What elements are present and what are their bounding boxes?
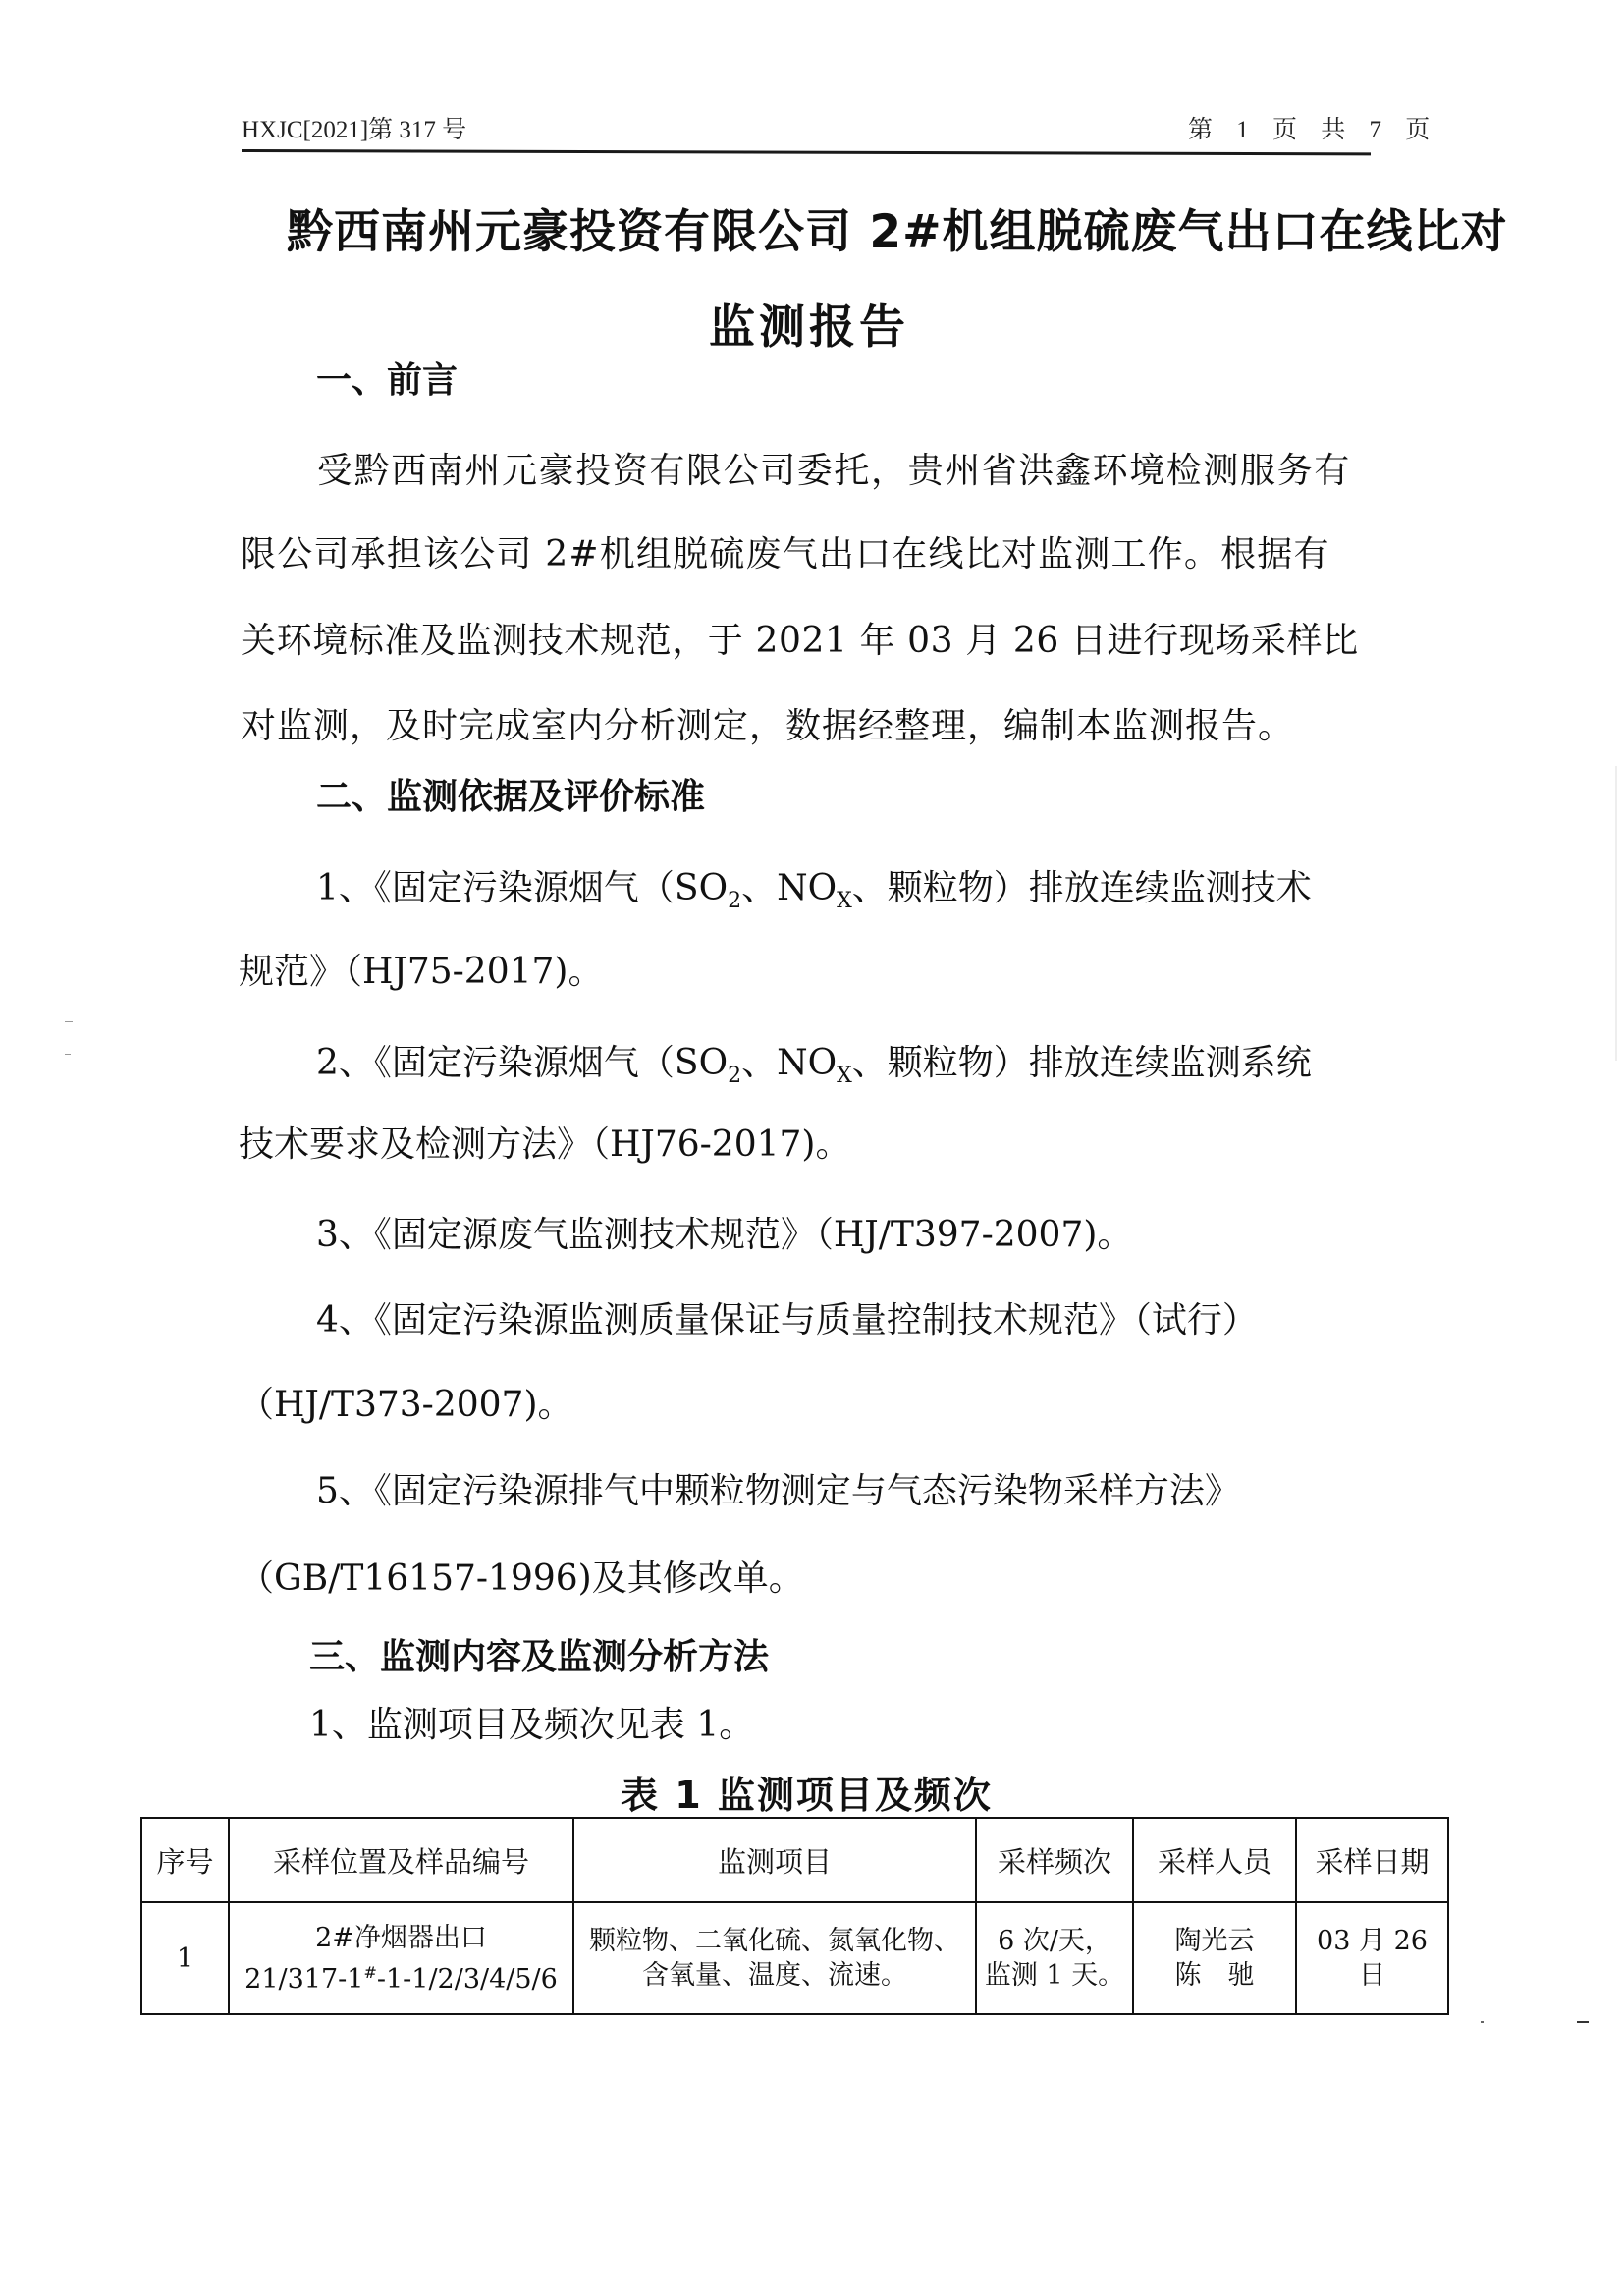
col-header-location: 采样位置及样品编号 — [229, 1818, 573, 1902]
cell-index: 1 — [141, 1902, 229, 2014]
scan-mark — [65, 1054, 71, 1055]
frequency-line-1: 6 次/天， — [983, 1924, 1126, 1958]
text: 2、《固定污染源烟气（SO — [316, 1043, 728, 1083]
section-heading-basis: 二、监测依据及评价标准 — [316, 776, 705, 819]
subscript: X — [837, 1064, 852, 1088]
col-header-personnel: 采样人员 — [1133, 1818, 1296, 1902]
standard-item-5-line-1: 5、《固定污染源排气中颗粒物测定与气态污染物采样方法》 — [316, 1470, 1240, 1513]
standard-item-4-line-1: 4、《固定污染源监测质量保证与质量控制技术规范》（试行） — [316, 1299, 1258, 1342]
subscript: 2 — [728, 1064, 741, 1088]
standard-item-3-line-1: 3、《固定源废气监测技术规范》（HJ/T397-2007)。 — [316, 1214, 1132, 1257]
preface-line-2: 限公司承担该公司 2#机组脱硫废气出口在线比对监测工作。根据有 — [241, 533, 1330, 576]
col-header-frequency: 采样频次 — [976, 1818, 1133, 1902]
table-row: 1 2#净烟器出口 21/317-1#-1-1/2/3/4/5/6 颗粒物、二氧… — [141, 1902, 1448, 2014]
page-indicator: 第 1 页 共 7 页 — [1188, 116, 1438, 145]
superscript: # — [363, 1963, 376, 1982]
subsection-items-frequency: 1、监测项目及频次见表 1。 — [309, 1704, 754, 1747]
standard-item-2-line-2: 技术要求及检测方法》（HJ76-2017)。 — [239, 1123, 850, 1167]
items-line-1: 颗粒物、二氧化硫、氮氧化物、 — [580, 1924, 969, 1958]
standard-item-1-line-1: 1、《固定污染源烟气（SO2、NOX、颗粒物）排放连续监测技术 — [316, 867, 1312, 923]
standard-item-1-line-2: 规范》（HJ75-2017)。 — [239, 951, 603, 994]
personnel-line-2: 陈 驰 — [1140, 1958, 1289, 1993]
cell-frequency: 6 次/天， 监测 1 天。 — [976, 1902, 1133, 2014]
preface-line-3: 关环境标准及监测技术规范，于 2021 年 03 月 26 日进行现场采样比 — [241, 620, 1359, 663]
report-title-line-1: 黔西南州元豪投资有限公司 2#机组脱硫废气出口在线比对 — [287, 205, 1507, 260]
table-header-row: 序号 采样位置及样品编号 监测项目 采样频次 采样人员 采样日期 — [141, 1818, 1448, 1902]
cell-personnel: 陶光云 陈 驰 — [1133, 1902, 1296, 2014]
header-divider — [242, 149, 1371, 155]
preface-line-1: 受黔西南州元豪投资有限公司委托，贵州省洪鑫环境检测服务有 — [317, 450, 1351, 493]
standard-item-4-line-2: （HJ/T373-2007)。 — [239, 1384, 573, 1427]
cell-location: 2#净烟器出口 21/317-1#-1-1/2/3/4/5/6 — [229, 1902, 573, 2014]
text: 、颗粒物）排放连续监测技术 — [852, 868, 1312, 908]
personnel-line-1: 陶光云 — [1140, 1924, 1289, 1958]
scan-mark — [1481, 2021, 1484, 2023]
document-number: HXJC[2021]第 317 号 — [242, 116, 466, 145]
frequency-line-2: 监测 1 天。 — [983, 1958, 1126, 1993]
standard-item-5-line-2: （GB/T16157-1996)及其修改单。 — [239, 1558, 804, 1601]
subscript: X — [837, 889, 852, 913]
cell-items: 颗粒物、二氧化硫、氮氧化物、 含氧量、温度、流速。 — [573, 1902, 976, 2014]
location-name: 2#净烟器出口 — [236, 1921, 567, 1955]
text: 、NO — [741, 1043, 837, 1083]
text: -1-1/2/3/4/5/6 — [377, 1964, 558, 1995]
text: 21/317-1 — [244, 1964, 363, 1995]
col-header-index: 序号 — [141, 1818, 229, 1902]
monitoring-items-table: 序号 采样位置及样品编号 监测项目 采样频次 采样人员 采样日期 1 2#净烟器… — [140, 1817, 1449, 2015]
report-title-line-2: 监测报告 — [709, 301, 909, 355]
table-caption: 表 1 监测项目及频次 — [621, 1773, 993, 1818]
scan-mark — [65, 1021, 73, 1022]
sample-code: 21/317-1#-1-1/2/3/4/5/6 — [236, 1955, 567, 1996]
page-edge-shadow — [1615, 766, 1617, 1061]
text: 、NO — [741, 868, 837, 908]
scan-mark — [1577, 2021, 1589, 2023]
items-line-2: 含氧量、温度、流速。 — [580, 1958, 969, 1993]
col-header-items: 监测项目 — [573, 1818, 976, 1902]
section-heading-preface: 一、前言 — [316, 359, 458, 403]
col-header-date: 采样日期 — [1296, 1818, 1448, 1902]
subscript: 2 — [728, 889, 741, 913]
text: 1、《固定污染源烟气（SO — [316, 868, 728, 908]
standard-item-2-line-1: 2、《固定污染源烟气（SO2、NOX、颗粒物）排放连续监测系统 — [316, 1042, 1312, 1098]
section-heading-content-methods: 三、监测内容及监测分析方法 — [309, 1636, 769, 1679]
cell-date: 03 月 26 日 — [1296, 1902, 1448, 2014]
text: 、颗粒物）排放连续监测系统 — [852, 1043, 1312, 1083]
preface-line-4: 对监测，及时完成室内分析测定，数据经整理，编制本监测报告。 — [241, 705, 1294, 748]
